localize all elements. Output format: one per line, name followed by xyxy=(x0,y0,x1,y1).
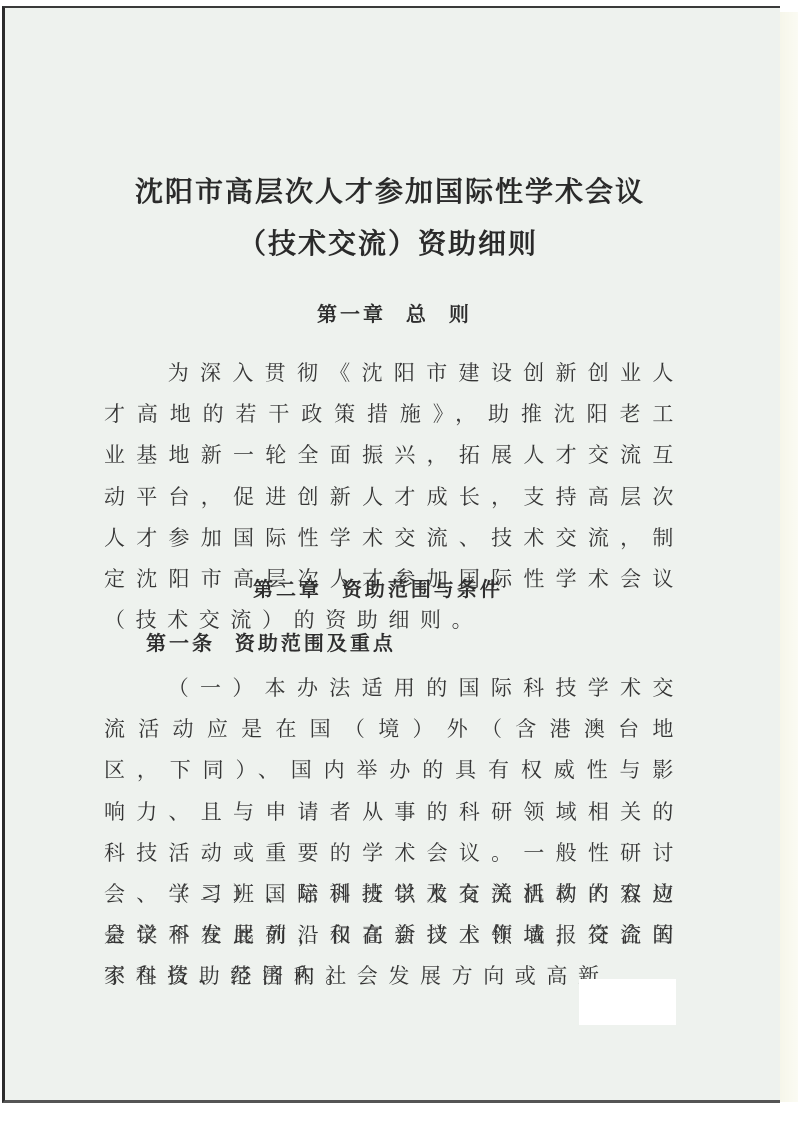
document-title-line-2: （技术交流）资助细则 xyxy=(0,230,777,258)
article-1-item-2-text: （二）国际科技学术交流活动内容应是学科发展前沿和高新技术领域，符合国家科技、经济… xyxy=(104,882,684,988)
article-1-heading: 第一条 资助范围及重点 xyxy=(146,633,396,653)
scanned-page: 沈阳市高层次人才参加国际性学术会议 （技术交流）资助细则 第一章 总 则 为深入… xyxy=(2,6,780,1103)
document-title-line-1: 沈阳市高层次人才参加国际性学术会议 xyxy=(1,178,779,206)
chapter-1-heading: 第一章 总 则 xyxy=(317,304,472,324)
redaction-box xyxy=(579,979,676,1025)
chapter-2-heading: 第二章 资助范围与条件 xyxy=(253,579,503,599)
